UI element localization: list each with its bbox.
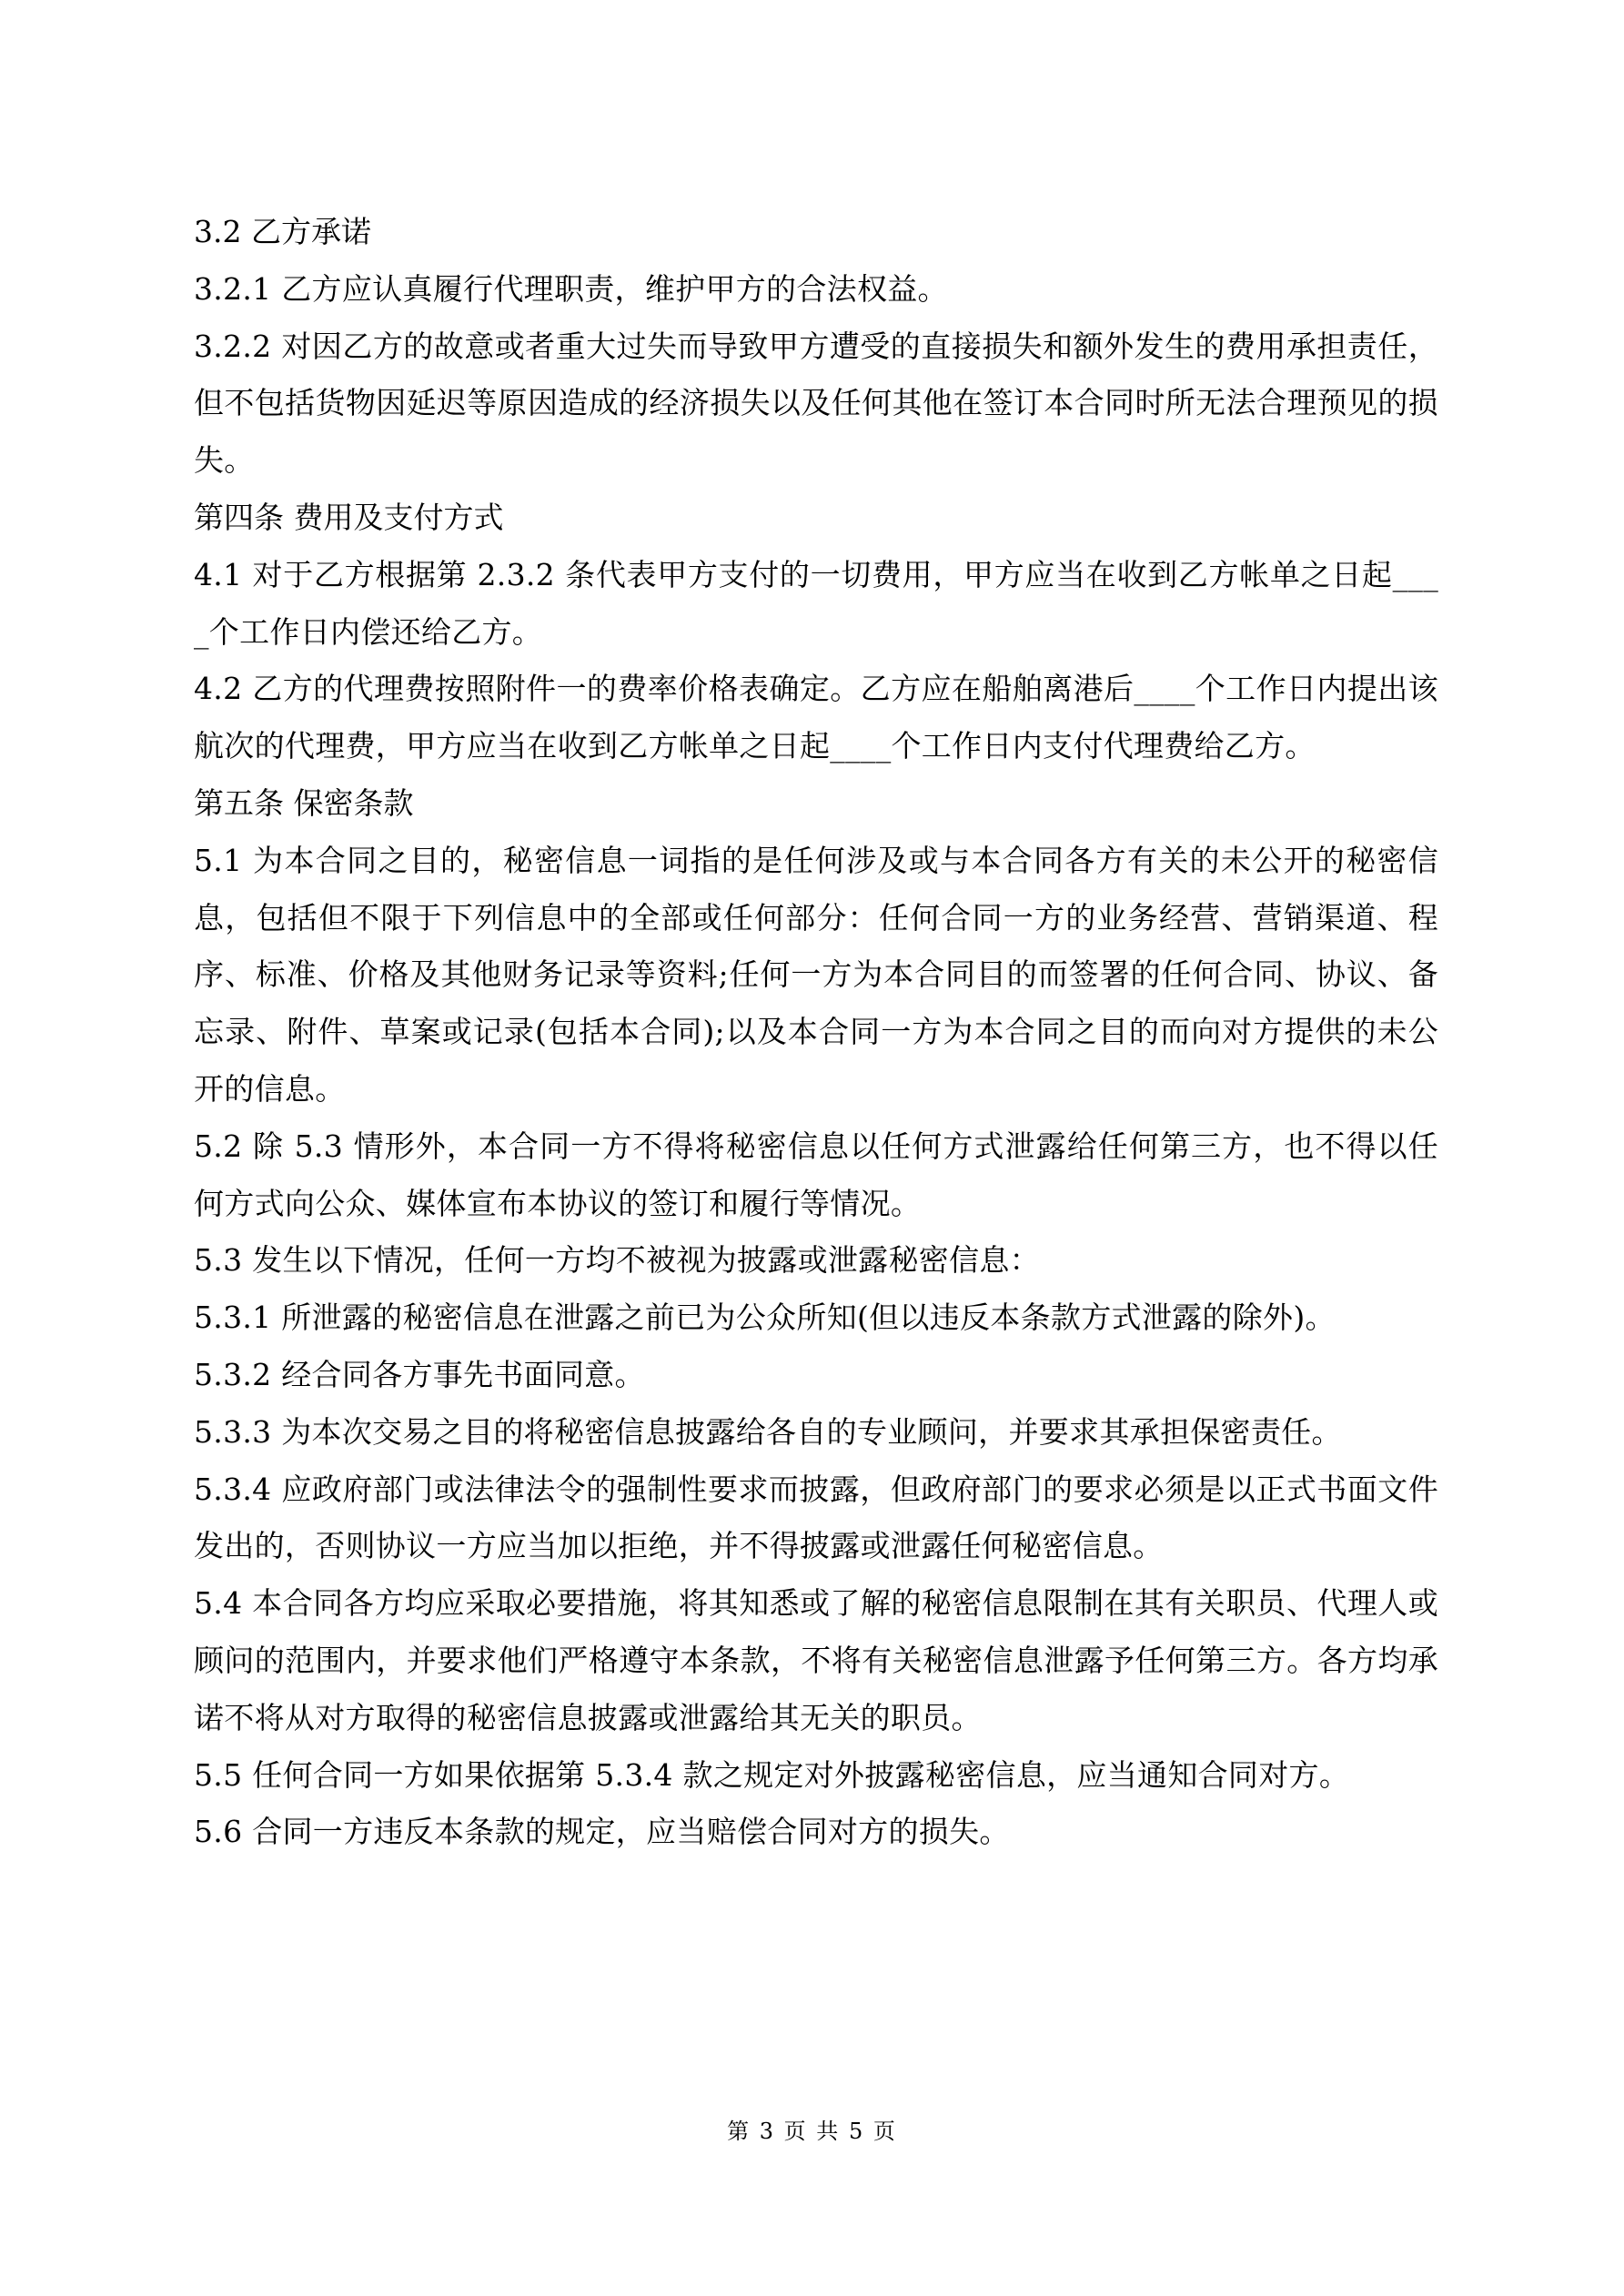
document-page: 3.2 乙方承诺 3.2.1 乙方应认真履行代理职责，维护甲方的合法权益。 3.… (0, 0, 1624, 2296)
clause-5-3-4: 5.3.4 应政府部门或法律法令的强制性要求而披露，但政府部门的要求必须是以正式… (194, 1462, 1438, 1576)
clause-5-3-3: 5.3.3 为本次交易之目的将秘密信息披露给各自的专业顾问，并要求其承担保密责任… (194, 1404, 1438, 1462)
clause-5-2: 5.2 除 5.3 情形外，本合同一方不得将秘密信息以任何方式泄露给任何第三方，… (194, 1118, 1438, 1233)
article-4-heading: 第四条 费用及支付方式 (194, 490, 1438, 547)
clause-5-4: 5.4 本合同各方均应采取必要措施，将其知悉或了解的秘密信息限制在其有关职员、代… (194, 1575, 1438, 1746)
clause-5-3-2: 5.3.2 经合同各方事先书面同意。 (194, 1347, 1438, 1404)
clause-5-3: 5.3 发生以下情况，任何一方均不被视为披露或泄露秘密信息： (194, 1232, 1438, 1290)
clause-3-2-1: 3.2.1 乙方应认真履行代理职责，维护甲方的合法权益。 (194, 261, 1438, 319)
page-number-footer: 第 3 页 共 5 页 (0, 2113, 1624, 2149)
clause-5-3-1: 5.3.1 所泄露的秘密信息在泄露之前已为公众所知(但以违反本条款方式泄露的除外… (194, 1290, 1438, 1347)
clause-3-2-2: 3.2.2 对因乙方的故意或者重大过失而导致甲方遭受的直接损失和额外发生的费用承… (194, 319, 1438, 490)
clause-5-5: 5.5 任何合同一方如果依据第 5.3.4 款之规定对外披露秘密信息，应当通知合… (194, 1747, 1438, 1805)
article-5-heading: 第五条 保密条款 (194, 775, 1438, 833)
clause-4-1: 4.1 对于乙方根据第 2.3.2 条代表甲方支付的一切费用，甲方应当在收到乙方… (194, 547, 1438, 662)
clause-5-1: 5.1 为本合同之目的，秘密信息一词指的是任何涉及或与本合同各方有关的未公开的秘… (194, 833, 1438, 1118)
clause-5-6: 5.6 合同一方违反本条款的规定，应当赔偿合同对方的损失。 (194, 1804, 1438, 1861)
clause-4-2: 4.2 乙方的代理费按照附件一的费率价格表确定。乙方应在船舶离港后____个工作… (194, 661, 1438, 775)
document-body: 3.2 乙方承诺 3.2.1 乙方应认真履行代理职责，维护甲方的合法权益。 3.… (194, 204, 1438, 1861)
section-heading-3-2: 3.2 乙方承诺 (194, 204, 1438, 261)
